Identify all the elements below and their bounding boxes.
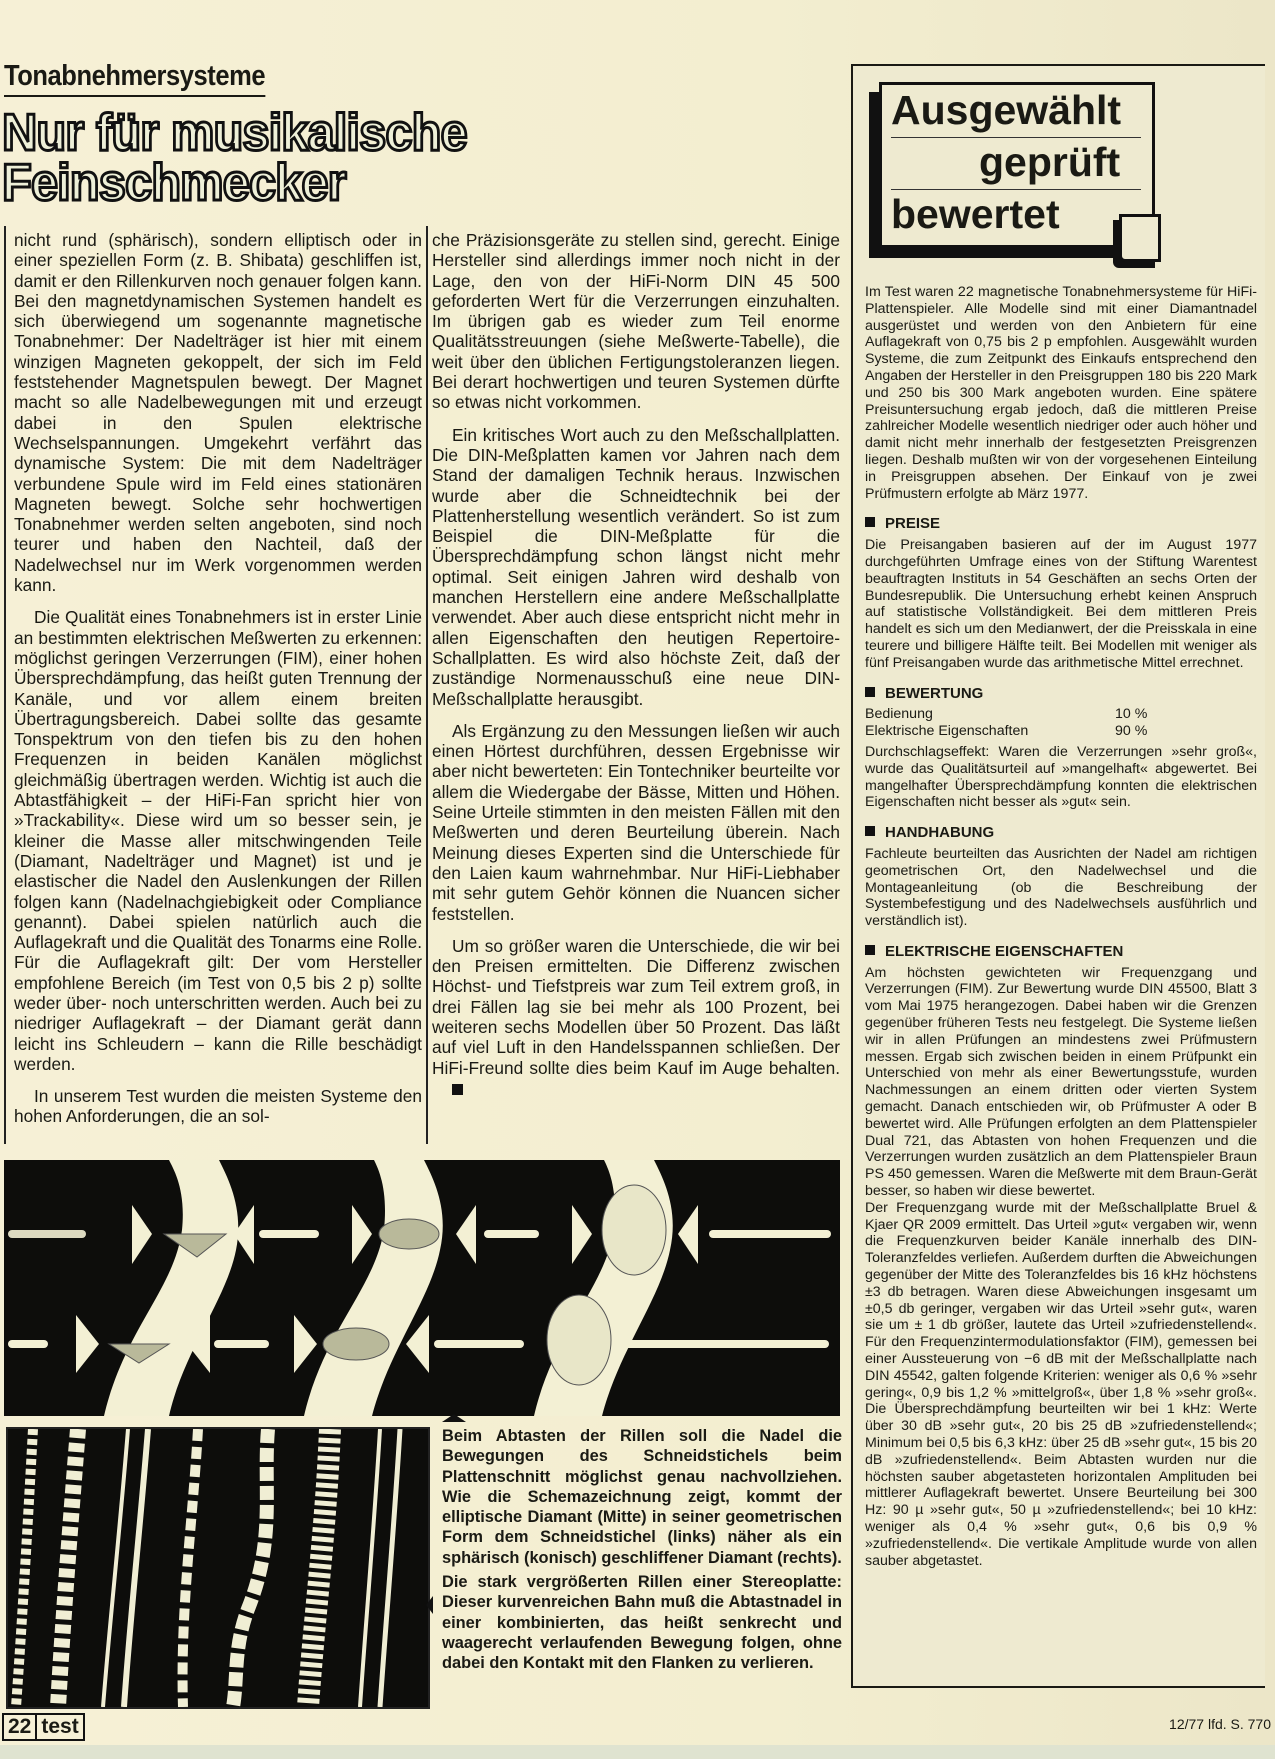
logo-line-3: bewertet (891, 192, 1060, 236)
section-heading-handhabung: HANDHABUNG (865, 825, 1257, 842)
end-of-article-icon (452, 1084, 463, 1095)
column-rule-middle (426, 226, 428, 1144)
column-rule-left (4, 226, 6, 1144)
preise-text: Die Preisangaben basieren auf der im Aug… (865, 537, 1257, 671)
scan-edge (0, 1745, 1275, 1759)
paragraph: In unserem Test wurden die meisten Syste… (14, 1086, 422, 1127)
section-heading-elektrische-eigenschaften: ELEKTRISCHE EIGENSCHAFTEN (865, 944, 1257, 961)
groove-stylus-illustration (4, 1160, 840, 1416)
magazine-page: Tonabnehmersysteme Nur für musikalische … (0, 0, 1275, 1759)
caption-schematic: Beim Abtasten der Rillen soll die Nadel … (442, 1426, 842, 1568)
page-number: 22 (4, 1715, 37, 1739)
issue-reference: 12/77 lfd. S. 770 (1169, 1716, 1271, 1732)
bewertung-text: Durchschlagseffekt: Waren die Verzerrung… (865, 744, 1257, 811)
article-column-1: nicht rund (sphärisch), sondern elliptis… (14, 230, 422, 1139)
rating-row: Elektrische Eigenschaften 90 % (865, 723, 1257, 740)
record-groove-photo (8, 1429, 428, 1707)
figure-captions: Beim Abtasten der Rillen soll die Nadel … (442, 1426, 842, 1678)
paragraph: Die Qualität eines Tonabnehmers ist in e… (14, 607, 422, 1074)
stylus-schematic-diagram (4, 1160, 840, 1416)
magazine-name: test (37, 1715, 82, 1739)
paragraph: che Präzisionsgeräte zu stellen sind, ge… (432, 230, 840, 413)
headline-line-1: Nur für musikalische (2, 108, 467, 158)
rating-row: Bedienung 10 % (865, 706, 1257, 723)
elektrisch-text-2: Der Frequenzgang wurde mit der Meßschall… (865, 1200, 1257, 1570)
elektrisch-text-1: Am höchsten gewichteten wir Frequenzgang… (865, 965, 1257, 1200)
logo-line-1: Ausgewählt (891, 88, 1121, 132)
caption-grooves: Die stark vergrößerten Rillen einer Ster… (442, 1572, 842, 1673)
logo-ausgewaehlt-geprueft-bewertet: Ausgewählt geprüft bewertet (869, 82, 1154, 254)
paragraph: nicht rund (sphärisch), sondern elliptis… (14, 230, 422, 595)
headline-line-2: Feinschmecker (2, 158, 467, 208)
logo-line-2: geprüft (979, 140, 1120, 184)
paragraph: Um so größer waren die Unterschiede, die… (432, 936, 840, 1098)
caption-pointer-up-icon (442, 1414, 466, 1422)
paragraph: Ein kritisches Wort auch zu den Meßschal… (432, 425, 840, 709)
square-bullet-icon (865, 687, 875, 697)
headline: Nur für musikalische Feinschmecker (2, 108, 467, 208)
square-bullet-icon (865, 517, 875, 527)
caption-pointer-left-icon (426, 1596, 433, 1614)
handhabung-text: Fachleute beurteilten das Ausrichten der… (865, 846, 1257, 930)
info-box-text: Im Test waren 22 magnetische Tonabnehmer… (865, 284, 1257, 1579)
section-kicker: Tonabnehmersysteme (4, 60, 265, 97)
article-column-2: che Präzisionsgeräte zu stellen sind, ge… (432, 230, 840, 1110)
paragraph: Als Ergänzung zu den Messungen ließen wi… (432, 721, 840, 924)
magnified-grooves-photo (6, 1427, 430, 1709)
box-corner-icon (1119, 214, 1161, 262)
intro-text: Im Test waren 22 magnetische Tonabnehmer… (865, 284, 1257, 502)
page-folio: 22 test (2, 1713, 85, 1741)
section-heading-preise: PREISE (865, 516, 1257, 533)
info-box: Ausgewählt geprüft bewertet Im Test ware… (851, 64, 1265, 1688)
section-heading-bewertung: BEWERTUNG (865, 686, 1257, 703)
square-bullet-icon (865, 826, 875, 836)
square-bullet-icon (865, 945, 875, 955)
